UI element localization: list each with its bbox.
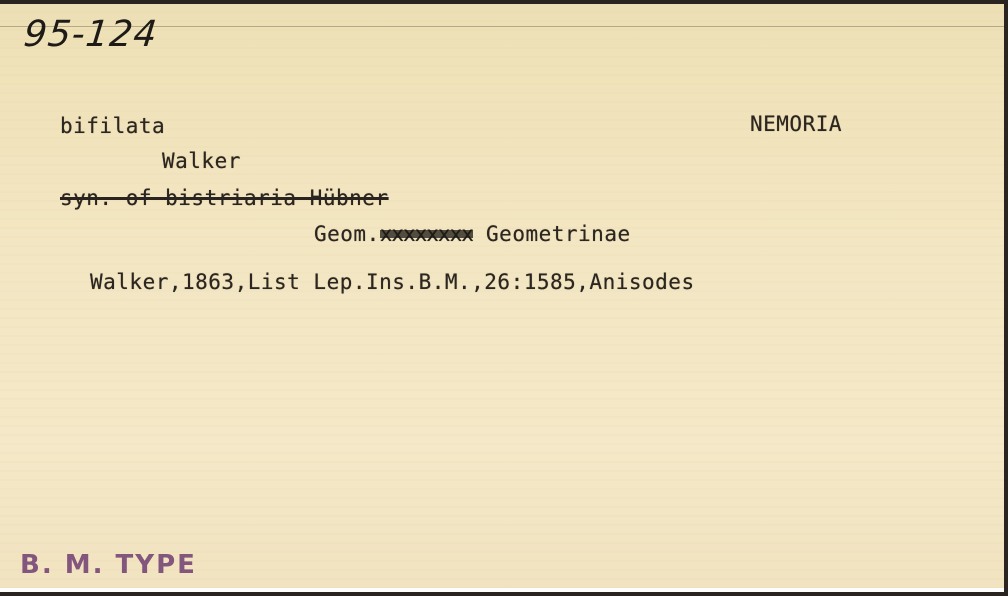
type-stamp: B. M. TYPE — [20, 550, 197, 580]
family-line: Geom.xxxxxxxx Geometrinae — [314, 222, 631, 246]
struck-synonym: syn. of bistriaria Hübner — [60, 186, 389, 210]
citation: Walker,1863,List Lep.Ins.B.M.,26:1585,An… — [90, 270, 695, 294]
family-prefix: Geom. — [314, 222, 380, 246]
index-card: 95-124 bifilata NEMORIA Walker syn. of b… — [0, 4, 1004, 592]
card-bottom-edge — [0, 588, 1004, 592]
subfamily-name: Geometrinae — [486, 222, 631, 246]
catalog-number: 95-124 — [22, 14, 160, 55]
species-name: bifilata — [60, 114, 165, 138]
author-name: Walker — [162, 149, 241, 173]
overtyped-text: xxxxxxxx — [380, 222, 473, 246]
genus-name: NEMORIA — [750, 112, 842, 136]
